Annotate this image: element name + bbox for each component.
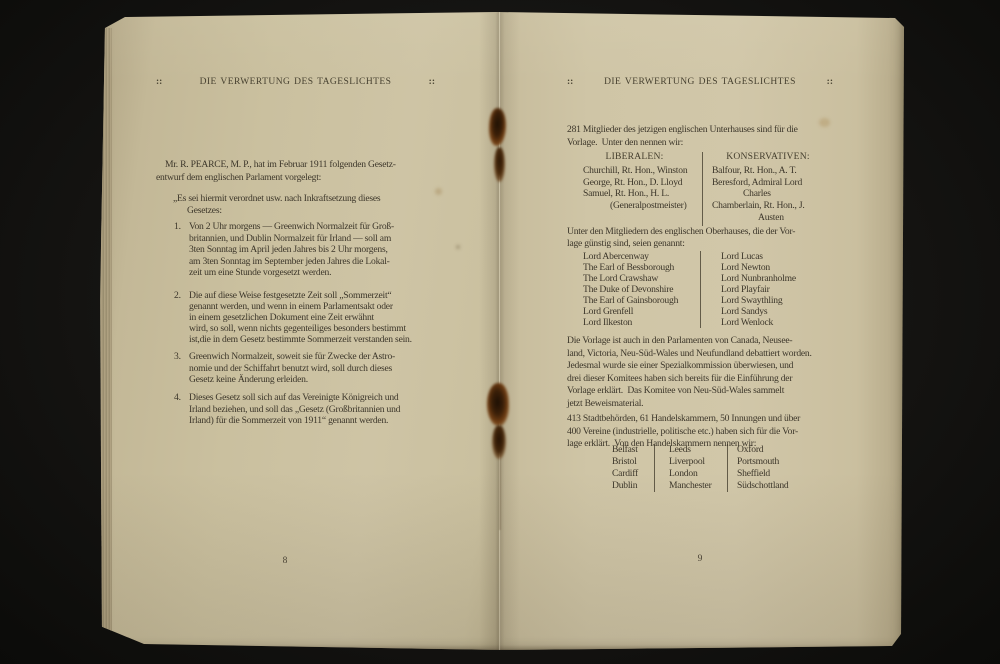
burn-stain-top-drip <box>494 147 505 182</box>
city-cell: Liverpool <box>655 456 728 468</box>
city-cell: Oxford <box>728 444 763 456</box>
table-row: Bristol Liverpool Portsmouth <box>567 456 833 468</box>
right-page-text-column: :: DIE VERWERTUNG DES TAGESLICHTES :: 28… <box>567 6 833 652</box>
city-cell: Cardiff <box>567 468 655 480</box>
city-cell: Leeds <box>655 444 728 456</box>
left-page-text-column: :: DIE VERWERTUNG DES TAGESLICHTES :: Mr… <box>156 6 435 652</box>
city-cell: Südschottland <box>728 480 789 492</box>
law-item-3: 3. Greenwich Normalzeit, soweit sie für … <box>156 351 435 386</box>
table-row: The Lord Crawshaw <box>567 273 700 284</box>
city-cell: Bristol <box>567 456 655 468</box>
table-row: Lord Grenfell <box>567 306 700 317</box>
header-mark-right: :: <box>827 77 833 87</box>
table-row: Belfast Leeds Oxford <box>567 444 833 456</box>
item-number: 1. <box>174 221 189 279</box>
city-cell: Dublin <box>567 480 655 492</box>
table-row: Churchill, Rt. Hon., Winston <box>567 165 702 177</box>
table-row: Chamberlain, Rt. Hon., J. <box>703 200 833 212</box>
table-row: Lord Wenlock <box>701 317 833 328</box>
parties-table: LIBERALEN: Churchill, Rt. Hon., Winston … <box>567 150 833 232</box>
item-text: Von 2 Uhr morgens — Greenwich Normalzeit… <box>189 221 394 279</box>
city-cell: Sheffield <box>728 468 770 480</box>
item-number: 3. <box>174 351 189 386</box>
table-row: Lord Newton <box>701 262 833 273</box>
right-page-title: DIE VERWERTUNG DES TAGESLICHTES <box>604 77 796 87</box>
table-row: The Earl of Gainsborough <box>567 295 700 306</box>
header-mark-left: :: <box>567 77 573 87</box>
table-row: The Earl of Bessborough <box>567 262 700 273</box>
right-page-number: 9 <box>670 554 730 564</box>
table-row: Beresford, Admiral Lord <box>703 177 833 189</box>
city-cell: Portsmouth <box>728 456 779 468</box>
law-item-2: 2. Die auf diese Weise festgesetzte Zeit… <box>156 290 435 345</box>
table-row: Dublin Manchester Südschottland <box>567 480 833 492</box>
right-running-header: :: DIE VERWERTUNG DES TAGESLICHTES :: <box>567 77 833 87</box>
table-row: Lord Lucas <box>701 251 833 262</box>
table-row: Cardiff London Sheffield <box>567 468 833 480</box>
table-row: Austen <box>703 212 833 224</box>
conservatives-column: KONSERVATIVEN: Balfour, Rt. Hon., A. T. … <box>703 150 833 224</box>
table-row: Lord Playfair <box>701 284 833 295</box>
item-text: Greenwich Normalzeit, soweit sie für Zwe… <box>189 351 395 386</box>
city-cell: Belfast <box>567 444 655 456</box>
members-paragraph: 281 Mitglieder des jetzigen englischen U… <box>567 123 833 149</box>
table-row: (Generalpostmeister) <box>567 200 702 212</box>
liberals-column: LIBERALEN: Churchill, Rt. Hon., Winston … <box>567 150 702 212</box>
left-page-number: 8 <box>255 556 315 566</box>
liberals-header: LIBERALEN: <box>567 150 702 163</box>
lords-left-column: Lord Abercenway The Earl of Bessborough … <box>567 251 700 328</box>
law-item-1: 1. Von 2 Uhr morgens — Greenwich Normalz… <box>156 221 435 279</box>
table-row: Balfour, Rt. Hon., A. T. <box>703 165 833 177</box>
open-book: :: DIE VERWERTUNG DES TAGESLICHTES :: Mr… <box>95 6 905 652</box>
oberhaus-paragraph: Unter den Mitgliedern des englischen Obe… <box>567 226 833 249</box>
quote-paragraph: „Es sei hiermit verordnet usw. nach Inkr… <box>187 193 421 217</box>
burn-stain-bottom <box>486 383 509 427</box>
burn-stain-bottom-drip <box>492 425 506 459</box>
foxing-spot <box>456 245 460 249</box>
stain-streak <box>499 458 501 530</box>
table-row: Charles <box>703 188 833 200</box>
parliaments-paragraph: Die Vorlage ist auch in den Parlamenten … <box>567 335 833 410</box>
law-item-4: 4. Dieses Gesetz soll sich auf das Verei… <box>156 392 435 427</box>
left-page-title: DIE VERWERTUNG DES TAGESLICHTES <box>200 77 392 87</box>
table-row: Lord Ilkeston <box>567 317 700 328</box>
conservatives-header: KONSERVATIVEN: <box>703 150 833 163</box>
photo-background: :: DIE VERWERTUNG DES TAGESLICHTES :: Mr… <box>0 0 1000 664</box>
cities-table: Belfast Leeds Oxford Bristol Liverpool P… <box>567 444 833 492</box>
table-row: Lord Nunbranholme <box>701 273 833 284</box>
item-text: Die auf diese Weise festgesetzte Zeit so… <box>189 290 412 345</box>
lords-table: Lord Abercenway The Earl of Bessborough … <box>567 251 833 329</box>
item-number: 2. <box>174 290 189 345</box>
left-running-header: :: DIE VERWERTUNG DES TAGESLICHTES :: <box>156 77 435 87</box>
table-row: George, Rt. Hon., D. Lloyd <box>567 177 702 189</box>
header-mark-left: :: <box>156 77 162 87</box>
item-text: Dieses Gesetz soll sich auf das Vereinig… <box>189 392 400 427</box>
intro-paragraph: Mr. R. PEARCE, M. P., hat im Februar 191… <box>156 158 435 184</box>
table-row: Lord Swaythling <box>701 295 833 306</box>
table-row: The Duke of Devonshire <box>567 284 700 295</box>
city-cell: Manchester <box>655 480 728 492</box>
city-cell: London <box>655 468 728 480</box>
page-stack-edge-left <box>101 28 112 640</box>
table-row: Lord Sandys <box>701 306 833 317</box>
table-row: Samuel, Rt. Hon., H. L. <box>567 188 702 200</box>
lords-right-column: Lord Lucas Lord Newton Lord Nunbranholme… <box>701 251 833 328</box>
foxing-spot <box>435 188 442 195</box>
header-mark-right: :: <box>429 77 435 87</box>
item-number: 4. <box>174 392 189 427</box>
table-row: Lord Abercenway <box>567 251 700 262</box>
